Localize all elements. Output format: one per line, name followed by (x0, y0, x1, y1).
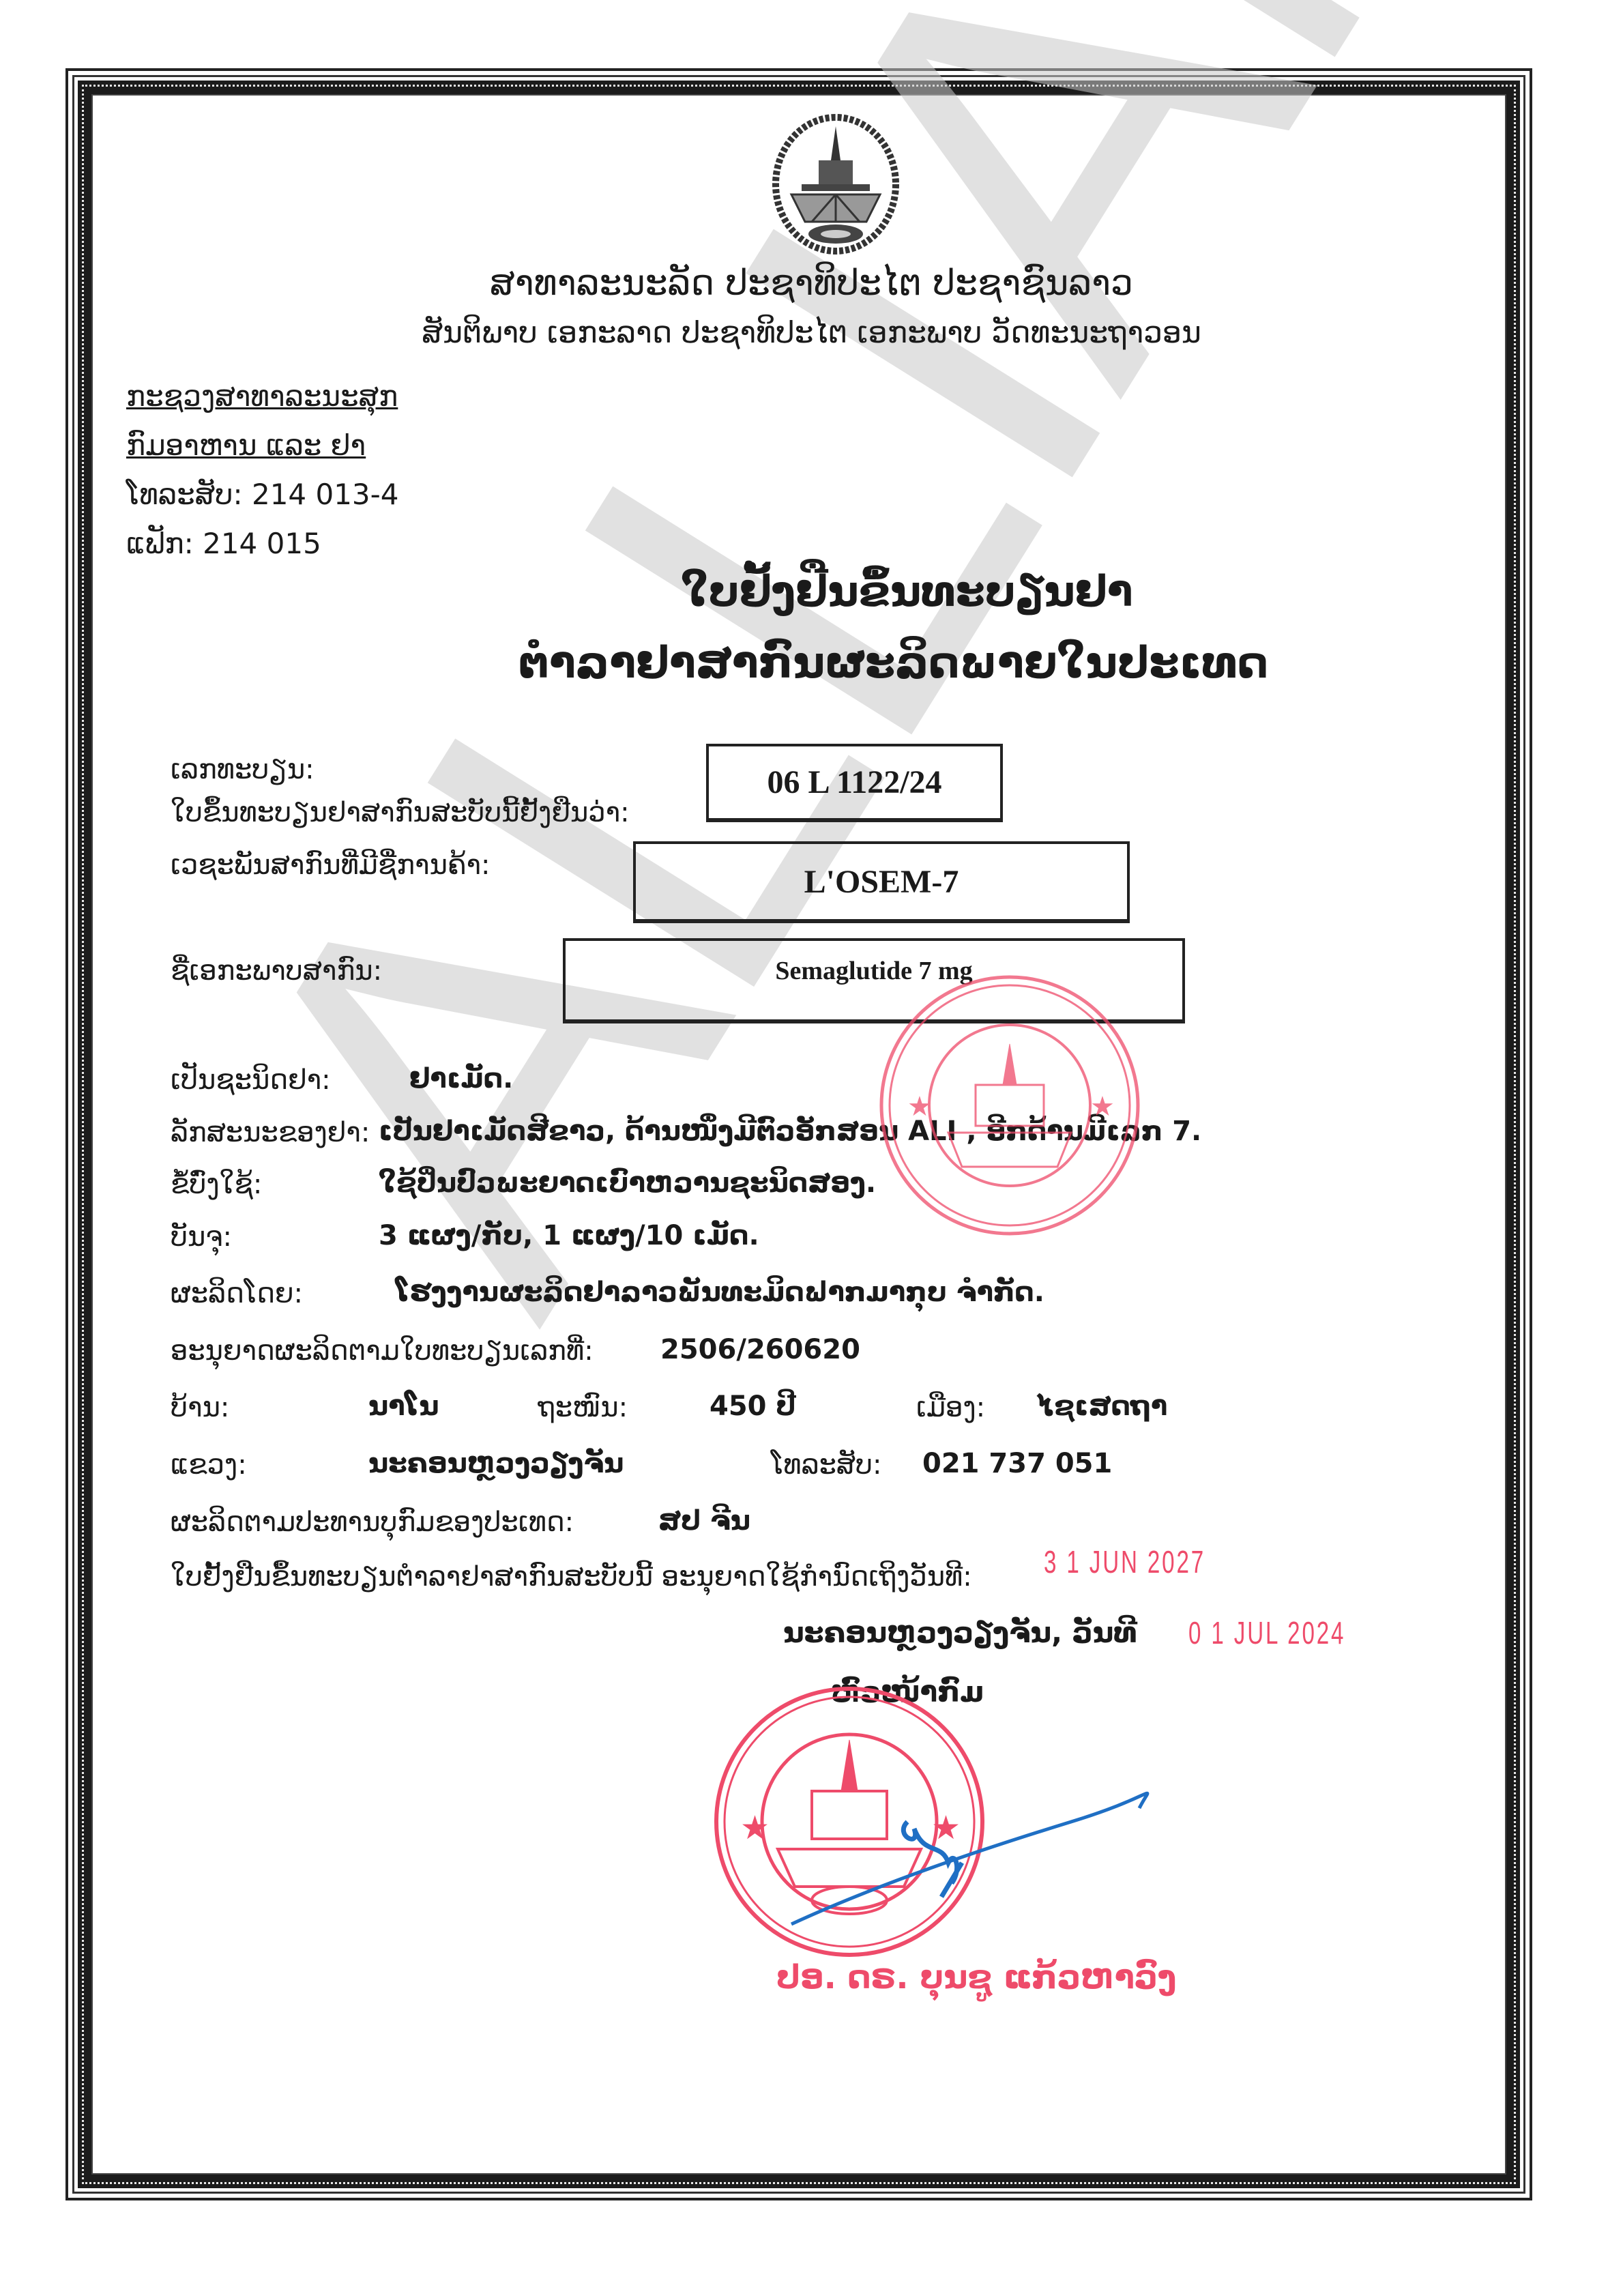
certificate-title-line2: ຕຳລາຢາສາກົນຜະລິດພາຍໃນປະເທດ (0, 638, 1623, 688)
national-motto: ສັນຕິພາບ ເອກະລາດ ປະຊາທິປະໄຕ ເອກະພາບ ວັດທ… (0, 315, 1623, 350)
road-label: ຖະໜົນ: (538, 1392, 628, 1423)
republic-name: ສາທາລະນະລັດ ປະຊາທິປະໄຕ ປະຊາຊົນລາວ (0, 263, 1623, 304)
characteristics-label: ລັກສະນະຂອງຢາ: (171, 1117, 370, 1148)
dosage-form-label: ເປັນຊະນິດຢາ: (171, 1064, 331, 1096)
brand-name-box: L'OSEM-7 (633, 841, 1130, 923)
generic-name-box: Semaglutide 7 mg (563, 938, 1185, 1023)
svg-text:★: ★ (740, 1809, 770, 1847)
svg-text:★: ★ (931, 1809, 961, 1847)
tel-label: ໂທລະສັບ: (771, 1449, 881, 1481)
phone-value: 214 013-4 (252, 478, 399, 511)
origin-value: ສປ ຈີນ (658, 1505, 750, 1537)
brand-name-label: ເວຊະພັນສາກົນທີ່ມີຊື່ການຄ້າ: (171, 849, 491, 881)
fax-value: 214 015 (203, 527, 321, 560)
village-value: ນາໂນ (368, 1391, 439, 1422)
tel-value: 021 737 051 (922, 1448, 1112, 1479)
district-value: ໄຊເສດຖາ (1037, 1391, 1167, 1422)
license-value: 2506/260620 (660, 1334, 860, 1365)
district-label: ເມືອງ: (916, 1392, 985, 1423)
validity-date-stamp: 3 1 JUN 2027 (1044, 1543, 1205, 1580)
phone-label: ໂທລະສັບ: (126, 478, 243, 511)
ministry-fax: ແຟັກ: 214 015 (126, 519, 399, 568)
ministry-block: ກະຊວງສາທາລະນະສຸກ ກົມອາຫານ ແລະ ຢາ ໂທລະສັບ… (126, 372, 399, 568)
packaging-label: ບັນຈຸ: (171, 1221, 232, 1253)
road-value: 450 ປີ (710, 1391, 796, 1422)
place-date-label: ນະຄອນຫຼວງວຽງຈັນ, ວັນທີ (783, 1616, 1137, 1649)
dosage-form-value: ຢາເມັດ. (409, 1063, 513, 1094)
signature-icon (778, 1754, 1160, 1958)
manufacturer-label: ຜະລິດໂດຍ: (171, 1278, 303, 1309)
manufacturer-value: ໂຮງງານຜະລິດຢາລາວພັນທະມິດຟາກມາກຸບ ຈຳກັດ. (396, 1277, 1044, 1308)
certificate: ສາທາລະນະລັດ ປະຊາທິປະໄຕ ປະຊາຊົນລາວ ສັນຕິພ… (0, 0, 1623, 2296)
province-value: ນະຄອນຫຼວງວຽງຈັນ (368, 1448, 624, 1479)
issue-date-stamp: 0 1 JUL 2024 (1188, 1614, 1345, 1651)
department-name: ກົມອາຫານ ແລະ ຢາ (126, 421, 399, 470)
registration-number-label: ເລກທະບຽນ: (171, 754, 315, 785)
ministry-phone: ໂທລະສັບ: 214 013-4 (126, 470, 399, 519)
department-seal-icon: ★ ★ (710, 1682, 989, 1962)
generic-name-label: ຊື່ເອກະພາບສາກົນ: (171, 955, 382, 987)
characteristics-value: ເປັນຢາເມັດສີຂາວ, ດ້ານໜຶ່ງມີຕົວອັກສອນ ALI… (379, 1116, 1201, 1147)
license-label: ອະນຸຍາດຜະລິດຕາມໃບທະບຽນເລກທີ່: (171, 1335, 594, 1367)
signer-name: ປອ. ດຣ. ບຸນຊູ ແກ້ວຫາວົງ (776, 1958, 1176, 1996)
ministry-name: ກະຊວງສາທາລະນະສຸກ (126, 372, 399, 421)
origin-label: ຜະລິດຕາມປະທານບຸກົມຂອງປະເທດ: (171, 1507, 574, 1538)
validity-label: ໃບຢັ້ງຢືນຂຶ້ນທະບຽນຕຳລາຢາສາກົນສະບັບນີ້ ອະ… (171, 1561, 972, 1593)
village-label: ບ້ານ: (171, 1392, 229, 1423)
certificate-title-line1: ໃບຢັ້ງຢືນຂຶ້ນທະບຽນຢາ (0, 566, 1623, 616)
fax-label: ແຟັກ: (126, 527, 194, 560)
indication-label: ຂໍ້ບົ່ງໃຊ້: (171, 1169, 262, 1200)
province-label: ແຂວງ: (171, 1449, 247, 1481)
national-emblem-icon (771, 113, 901, 256)
indication-value: ໃຊ້ປິ່ນປົວພະຍາດເບົາຫວານຊະນິດສອງ. (379, 1167, 876, 1199)
certifies-label: ໃບຂຶ້ນທະບຽນຢາສາກົນສະບັບນີ້ຢັ້ງຢືນວ່າ: (171, 797, 630, 828)
signer-position: ຫົວໜ້າກົມ (831, 1675, 984, 1709)
packaging-value: 3 ແຜງ/ກັບ, 1 ແຜງ/10 ເມັດ. (379, 1220, 759, 1251)
registration-number-box: 06 L 1122/24 (706, 744, 1003, 822)
